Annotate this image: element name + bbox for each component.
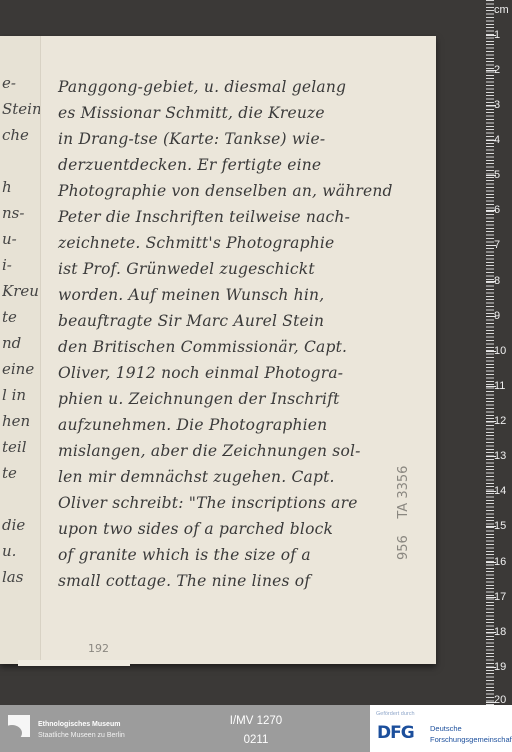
text-line: len mir demnächst zugehen. Capt. [58, 464, 436, 490]
text-line: Panggong-gebiet, u. diesmal gelang [58, 74, 436, 100]
funder-panel: Gefördert durch DFG Deutsche Forschungsg… [370, 705, 512, 752]
left-fragment: die [2, 512, 40, 538]
left-fragment: ns- [2, 200, 40, 226]
left-fragment: u- [2, 226, 40, 252]
text-line: Peter die Inschriften teilweise nach- [58, 204, 436, 230]
text-line: upon two sides of a parched block [58, 516, 436, 542]
ruler-label: 18 [494, 626, 506, 638]
ruler-label: 8 [494, 275, 500, 287]
text-line: Photographie von denselben an, während [58, 178, 436, 204]
ruler-label: 3 [494, 99, 500, 111]
text-line: es Missionar Schmitt, die Kreuze [58, 100, 436, 126]
ruler-label: 10 [494, 345, 506, 357]
funding-label: Gefördert durch [376, 711, 415, 717]
left-fragment: nd [2, 330, 40, 356]
funder-name-line1: Deutsche [430, 724, 462, 733]
text-line: in Drang-tse (Karte: Tankse) wie- [58, 126, 436, 152]
text-line: den Britischen Commissionär, Capt. [58, 334, 436, 360]
page-fold [40, 36, 41, 664]
funder-name-line2: Forschungsgemeinschaft [430, 735, 512, 744]
text-line: aufzunehmen. Die Photographien [58, 412, 436, 438]
left-fragment: eine [2, 356, 40, 382]
left-fragment [2, 148, 40, 174]
handwritten-text: Panggong-gebiet, u. diesmal gelang es Mi… [58, 74, 436, 594]
pencil-number-ta: TA 3356 [396, 466, 411, 519]
ruler-label: 2 [494, 64, 500, 76]
text-line: worden. Auf meinen Wunsch hin, [58, 282, 436, 308]
ruler-unit: cm [494, 4, 509, 16]
left-fragment [2, 44, 40, 70]
ruler-label: 6 [494, 204, 500, 216]
left-fragment: i- [2, 252, 40, 278]
left-fragment: te [2, 304, 40, 330]
ruler-label: 15 [494, 520, 506, 532]
left-fragment: Stein [2, 96, 40, 122]
scan-viewer: e- Stein che h ns- u- i- Kreu te nd eine… [0, 0, 512, 705]
text-line: of granite which is the size of a [58, 542, 436, 568]
left-fragment: che [2, 122, 40, 148]
text-line: Oliver, 1912 noch einmal Photogra- [58, 360, 436, 386]
left-fragment [2, 486, 40, 512]
archive-footer: Ethnologisches Museum Staatliche Museen … [0, 705, 512, 752]
left-fragment: e- [2, 70, 40, 96]
ruler-label: 11 [494, 380, 505, 392]
text-line: phien u. Zeichnungen der Inschrift [58, 386, 436, 412]
ruler-label: 1 [494, 29, 500, 41]
pencil-archive-number: 956 TA 3356 [396, 466, 411, 560]
pencil-number-956: 956 [396, 535, 411, 560]
left-fragment: te [2, 460, 40, 486]
left-fragment: las [2, 564, 40, 590]
left-fragment: teil [2, 434, 40, 460]
text-line: Oliver schreibt: "The inscriptions are [58, 490, 436, 516]
ruler-label: 19 [494, 661, 506, 673]
left-fragment: Kreu [2, 278, 40, 304]
text-line: zeichnete. Schmitt's Photographie [58, 230, 436, 256]
text-line: mislangen, aber die Zeichnungen sol- [58, 438, 436, 464]
left-fragment: h [2, 174, 40, 200]
ruler-label: 12 [494, 415, 506, 427]
cm-ruler: cm 1 2 3 4 5 6 7 8 9 10 11 12 13 14 15 1… [486, 0, 512, 705]
ruler-label: 5 [494, 169, 500, 181]
text-line: ist Prof. Grünwedel zugeschickt [58, 256, 436, 282]
pencil-page-number: 192 [88, 642, 109, 655]
left-page-text: e- Stein che h ns- u- i- Kreu te nd eine… [2, 44, 40, 590]
underlying-page-edge [18, 660, 130, 666]
dfg-logo-icon: DFG [377, 723, 414, 743]
ruler-label: 13 [494, 450, 506, 462]
text-line: small cottage. The nine lines of [58, 568, 436, 594]
left-fragment: hen [2, 408, 40, 434]
text-line: derzuentdecken. Er fertigte eine [58, 152, 436, 178]
text-line: beauftragte Sir Marc Aurel Stein [58, 308, 436, 334]
ruler-label: 9 [494, 310, 500, 322]
ruler-label: 7 [494, 239, 500, 251]
ruler-label: 16 [494, 556, 506, 568]
left-fragment: u. [2, 538, 40, 564]
ruler-label: 14 [494, 485, 506, 497]
ruler-label: 4 [494, 134, 500, 146]
left-fragment: l in [2, 382, 40, 408]
ruler-label: 17 [494, 591, 506, 603]
